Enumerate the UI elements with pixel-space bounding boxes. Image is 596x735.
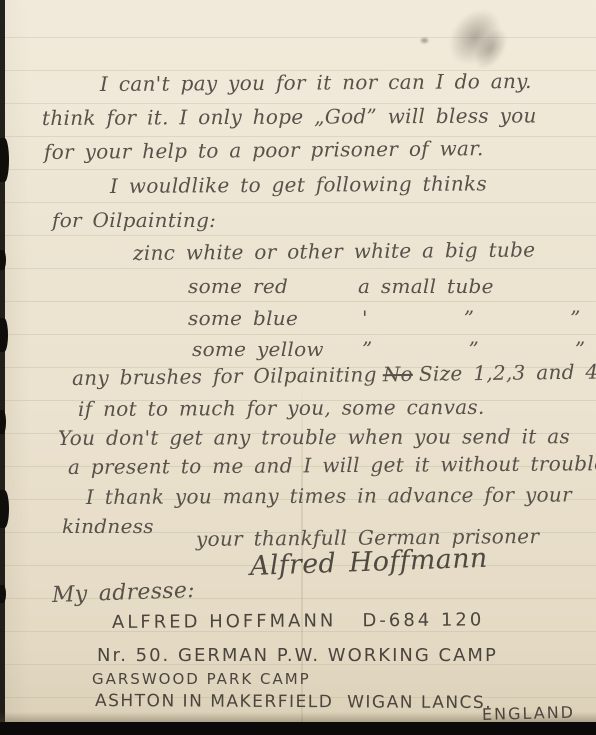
- letter-line: I thank you many times in advance for yo…: [86, 482, 572, 509]
- address-line-name-number: ALFRED HOFFMANN D-684 120: [112, 609, 484, 633]
- scan-edge-blob: [0, 585, 6, 603]
- letter-line: You don't get any trouble when you send …: [58, 424, 570, 450]
- address-line-town: ASHTON IN MAKERFIELD WIGAN LANCS.: [95, 691, 492, 713]
- materials-item: some blue: [188, 306, 298, 330]
- brushes-line-post: Size 1,2,3 and 4: [419, 360, 596, 386]
- letter-line: kindness: [62, 514, 154, 538]
- scan-edge-blob: [0, 410, 6, 434]
- letter-page: I can't pay you for it nor can I do any.…: [0, 0, 596, 735]
- ditto-marks: ' ” ”: [362, 306, 581, 330]
- materials-item-note: a small tube: [358, 274, 494, 298]
- address-label: My adresse:: [52, 578, 196, 608]
- materials-first-line: zinc white or other white a big tube: [133, 237, 535, 265]
- address-line-camp: Nr. 50. GERMAN P.W. WORKING CAMP: [97, 645, 498, 666]
- materials-item: some red: [188, 274, 288, 298]
- scan-edge-blob: [0, 318, 8, 352]
- paper-edge-shadow: [0, 712, 596, 722]
- scan-edge-blob: [0, 250, 6, 270]
- letter-line: I wouldlike to get following thinks: [110, 171, 487, 198]
- scan-edge-left: [0, 0, 5, 735]
- scan-edge-bottom: [0, 722, 596, 735]
- scan-edge-blob: [0, 490, 9, 528]
- letter-line: I can't pay you for it nor can I do any.: [100, 69, 532, 96]
- brushes-line-pre: any brushes for Oilpainiting: [72, 362, 377, 390]
- pencil-speck: [421, 38, 428, 43]
- letter-line: for your help to a poor prisoner of war.: [44, 136, 484, 164]
- scan-edge-blob: [0, 138, 9, 182]
- letter-line: if not to much for you, some canvas.: [78, 395, 485, 421]
- paper-crease: [301, 380, 303, 735]
- letter-line: a present to me and I will get it withou…: [68, 451, 596, 479]
- letter-line: think for it. I only hope „God” will ble…: [42, 103, 537, 130]
- strikethrough-word: No: [383, 362, 413, 386]
- ditto-marks: ” ” ”: [362, 337, 585, 361]
- address-line-garswood: GARSWOOD PARK CAMP: [92, 670, 311, 688]
- letter-line: for Oilpainting:: [52, 208, 216, 232]
- materials-item: some yellow: [192, 337, 324, 361]
